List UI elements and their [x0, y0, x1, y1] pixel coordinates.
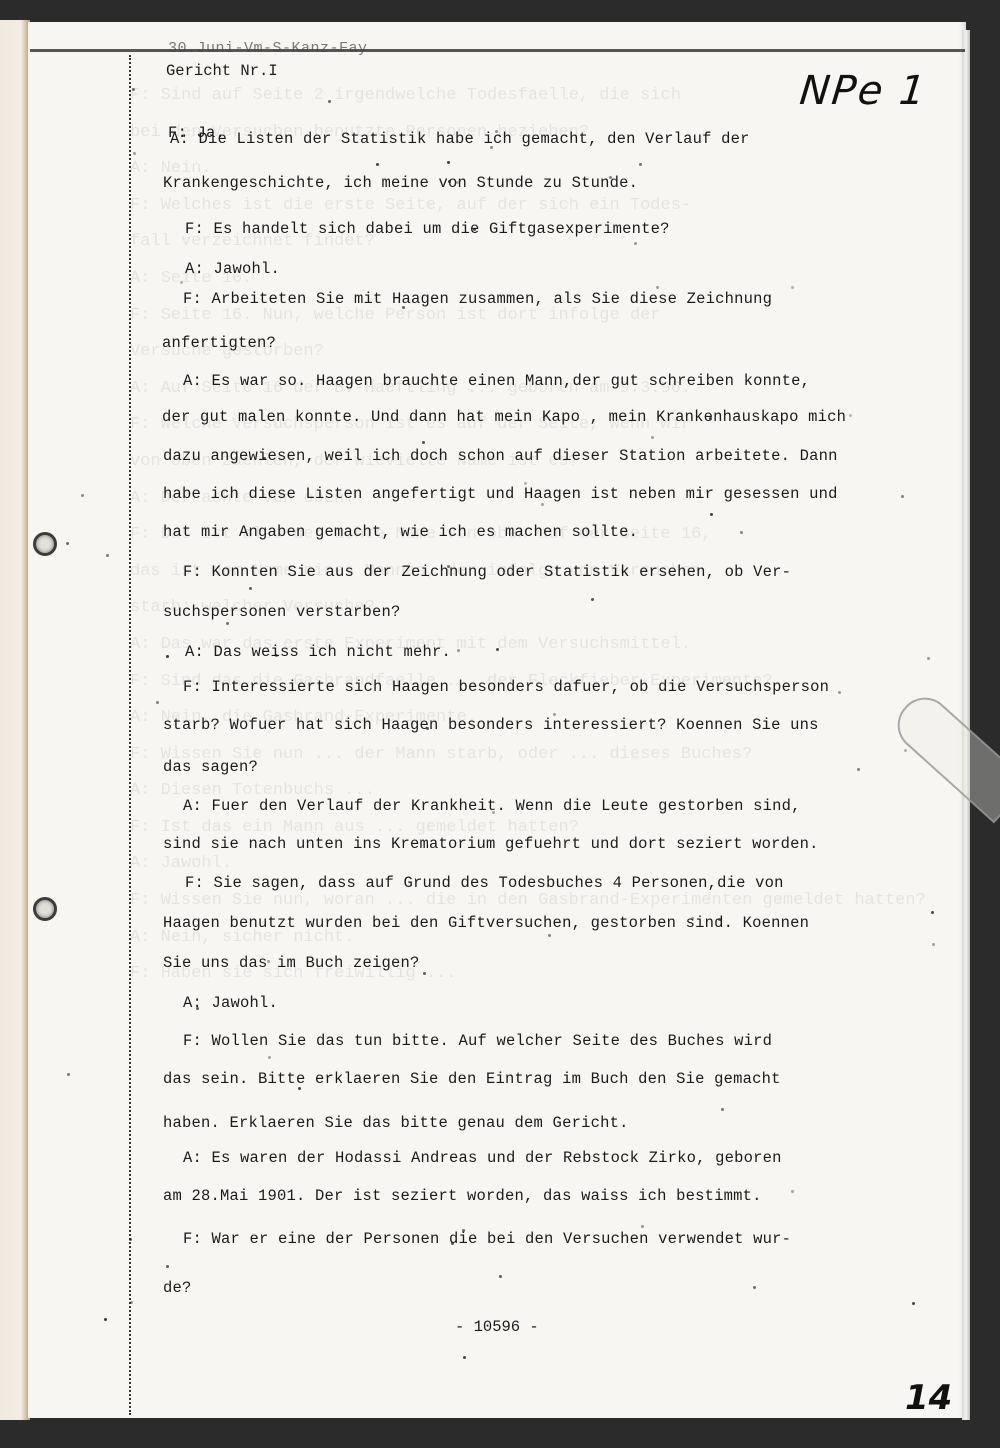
transcript-line: F: Es handelt sich dabei um die Giftgase… — [185, 220, 670, 238]
transcript-line: F: War er eine der Personen die bei den … — [183, 1230, 791, 1248]
speck — [490, 146, 493, 149]
speck — [656, 286, 659, 289]
transcript-line: F: Wollen Sie das tun bitte. Auf welcher… — [183, 1032, 772, 1050]
speck — [932, 943, 935, 946]
transcript-line: der gut malen konnte. Und dann hat mein … — [162, 408, 846, 426]
transcript-line: F: Arbeiteten Sie mit Haagen zusammen, a… — [183, 290, 772, 308]
transcript-line: A: Das weiss ich nicht mehr. — [185, 643, 451, 661]
speck — [495, 130, 498, 133]
speck — [718, 918, 721, 921]
transcript-line: suchspersonen verstarben? — [163, 603, 401, 621]
transcript-line: A: Es war so. Haagen brauchte einen Mann… — [183, 372, 810, 390]
speck — [791, 1190, 794, 1193]
transcript-line: das sagen? — [163, 758, 258, 776]
transcript-line: A: Es waren der Hodassi Andreas und der … — [183, 1149, 782, 1167]
transcript-line: das sein. Bitte erklaeren Sie den Eintra… — [163, 1070, 781, 1088]
transcript-line: F: Konnten Sie aus der Zeichnung oder St… — [183, 563, 791, 581]
transcript-line: Sie uns das im Buch zeigen? — [163, 954, 420, 972]
speck — [710, 513, 713, 516]
speck — [180, 281, 183, 284]
transcript-line: A: Jawohl. — [185, 260, 280, 278]
speck — [499, 1275, 502, 1278]
speck — [166, 1265, 169, 1268]
speck — [275, 654, 278, 657]
transcript-body: F: Ja.A: Die Listen der Statistik habe i… — [0, 0, 1000, 1448]
transcript-line: anfertigten? — [162, 334, 276, 352]
speck — [263, 457, 266, 460]
transcript-line: haben. Erklaeren Sie das bitte genau dem… — [163, 1114, 629, 1132]
speck — [422, 441, 425, 444]
transcript-line: Krankengeschichte, ich meine von Stunde … — [163, 174, 638, 192]
transcript-line: habe ich diese Listen angefertigt und Ha… — [163, 485, 838, 503]
transcript-line: am 28.Mai 1901. Der ist seziert worden, … — [163, 1187, 762, 1205]
transcript-line: A: Die Listen der Statistik habe ich gem… — [170, 130, 750, 148]
transcript-line: de? — [163, 1279, 192, 1297]
speck — [838, 691, 841, 694]
transcript-line: starb? Wofuer hat sich Haagen besonders … — [163, 716, 819, 734]
transcript-line: F: Interessierte sich Haagen besonders d… — [183, 678, 829, 696]
speck — [129, 1238, 132, 1241]
speck — [457, 649, 460, 652]
transcript-line: sind sie nach unten ins Krematorium gefu… — [163, 835, 819, 853]
speck — [753, 1286, 756, 1289]
speck — [328, 100, 331, 103]
speck — [81, 494, 84, 497]
page-number: - 10596 - — [455, 1318, 539, 1336]
speck — [426, 727, 429, 730]
folio-number: 14 — [905, 1378, 952, 1418]
transcript-line: hat mir Angaben gemacht, wie ich es mach… — [163, 523, 638, 541]
transcript-line: F: Sie sagen, dass auf Grund des Todesbu… — [185, 874, 784, 892]
speck — [639, 163, 642, 166]
transcript-line: Haagen benutzt wurden bei den Giftversuc… — [163, 914, 809, 932]
speck — [156, 701, 159, 704]
speck — [473, 228, 476, 231]
speck — [691, 917, 694, 920]
speck — [462, 1229, 465, 1232]
speck — [133, 152, 136, 155]
speck — [791, 286, 794, 289]
speck — [609, 176, 612, 179]
